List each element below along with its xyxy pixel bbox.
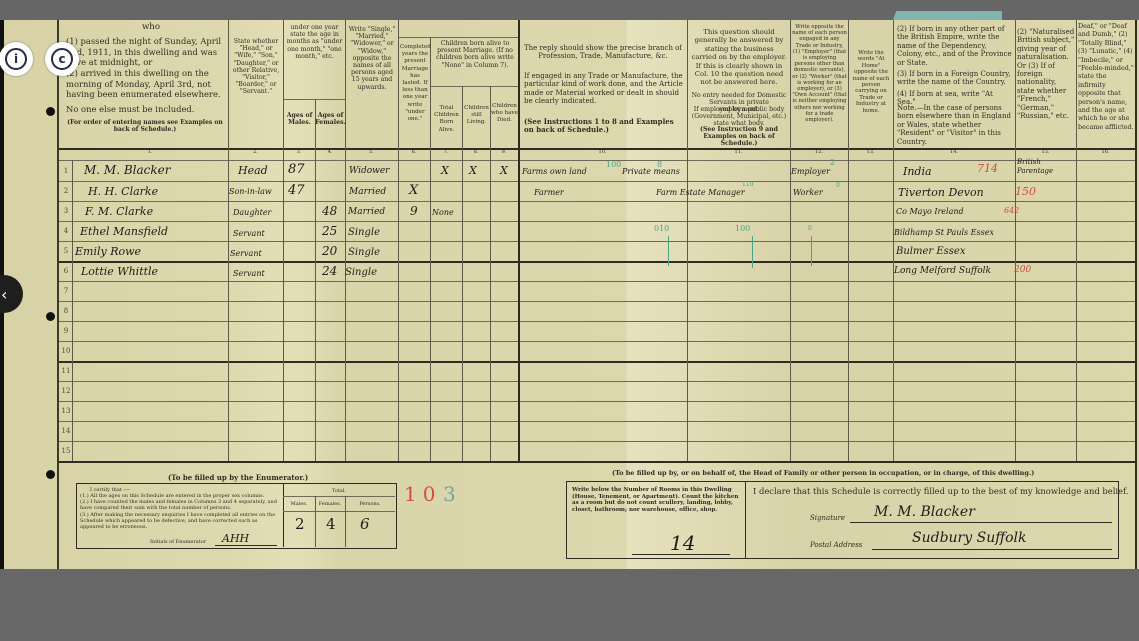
birthplace-code: 150 [1015,185,1036,198]
colnum-12: 12. [790,149,848,155]
age-male: 87 [288,162,305,177]
marital-status: Widower [349,166,389,176]
row-number: 4 [60,227,72,235]
copyright-button[interactable]: c [45,42,79,76]
schedule-number-green: 3 [443,482,456,506]
colnum-1: 1. [72,149,228,155]
initials-value: AHH [222,532,249,545]
age-female: 48 [322,204,337,218]
postal-address-label: Postal Address [810,542,862,549]
relation: Servant [233,269,265,278]
signature-line [850,522,1112,523]
total-label: Total. [283,488,395,495]
head-of-family-title: (To be filled up by, or on behalf of, th… [612,470,1034,477]
col11-header-c: If employed by a public body (Government… [691,106,787,128]
col14-header-b: (3) If born in a Foreign Country, write … [897,70,1013,87]
initials-label: Initials of Enumerator [150,539,206,546]
viewer-bottom-bar [0,569,1139,641]
row-number: 13 [60,407,72,415]
colnum-6: 6. [398,149,430,155]
colnum-11: 11. [687,149,790,155]
nationality: British Parentage [1017,158,1071,176]
colnum-13: 13. [848,149,893,155]
colnum-8: 8. [462,149,490,155]
col16-header: Deaf," or "Deaf and Dumb," (2) "Totally … [1078,22,1135,131]
age-female: 24 [322,264,337,278]
col9-header: Children who have Died. [491,103,518,125]
colnum-14: 14. [893,149,1015,155]
schedule-number-red: 10 [404,482,441,506]
person-name: Emily Rowe [75,245,141,258]
marital-status: Married [348,207,385,217]
age-female: 25 [322,224,337,238]
marital-status: Married [349,187,386,197]
colnum-7: 7. [430,149,462,155]
birthplace: Bildhamp St Pauls Essex [894,228,994,237]
col1-header-arrived: (2) arrived in this dwelling on the morn… [66,68,224,100]
females-label: Females. [315,501,345,508]
rooms-count: 14 [670,531,695,555]
colnum-15: 15. [1015,149,1076,155]
viewer-tab-accent[interactable] [893,11,1002,20]
industry: Private means [622,167,680,176]
colnum-2: 2. [228,149,283,155]
col34-header: under one year state the age in months a… [285,24,344,60]
rooms-instruction: Write below the Number of Rooms in this … [572,487,742,513]
relation: Daughter [233,208,271,217]
birthplace: India [903,165,932,178]
occupation: Farms own land [522,167,587,176]
col1-header-no-one-else: No one else must be included. [66,104,224,115]
birthplace-code: 200 [1014,265,1031,275]
col2-header: State whether "Head," or "Wife," "Son," … [230,38,282,96]
marital-status: Single [345,267,377,278]
col15-header: (2) "Naturalised British subject," givin… [1017,28,1075,120]
row-number: 5 [60,247,72,255]
col10-header-c: (See Instructions 1 to 8 and Examples on… [524,118,684,135]
punch-hole [46,107,55,116]
employment-status: Employer [791,167,830,176]
children-died: X [500,164,508,177]
col11-header-d: (See Instruction 9 and Examples on back … [691,126,787,148]
persons-total: 6 [360,515,370,533]
col1-header-who: who [78,22,224,33]
col7-header: Total Children Born Alive. [431,105,462,134]
colnum-bottom-rule [59,160,1137,161]
birthplace: Co Mayo Ireland [896,207,964,216]
row-number: 8 [60,307,72,315]
industry-code: 8 [657,160,662,169]
col8-header: Children still Living. [463,105,490,127]
col10-header-a: The reply should show the precise branch… [524,44,682,61]
age-male: 47 [288,183,305,198]
row-number: 15 [60,447,72,455]
table-bottom-rule [59,461,1137,463]
col11-header-a: This question should generally be answer… [691,28,787,87]
certify-2: (2.) I have counted the males and female… [80,499,277,511]
row-number: 6 [60,267,72,275]
colnum-3: 3. [283,149,315,155]
person-name: Ethel Mansfield [80,225,168,238]
col6-header: Completed years the present Marriage has… [400,44,430,123]
occupation-code: 010 [654,224,669,233]
relation: Head [238,164,268,177]
birthplace: Long Melford Suffolk [894,266,991,276]
punch-hole [46,312,55,321]
children-living: X [469,164,477,177]
occupation-code: 100 [606,160,621,169]
initials-underline [215,545,277,546]
col13-header: Write the words "At Home" opposite the n… [850,50,892,114]
relation: Servant [230,249,262,258]
marital-status: Single [348,227,380,238]
col3-header: Ages of Males. [284,112,315,126]
postal-address-line [872,549,1112,550]
marital-status: Single [348,247,380,258]
females-total: 4 [326,515,336,533]
green-tick-mark [668,236,669,266]
enumerator-title: (To be filled up by the Enumerator.) [168,474,308,481]
age-female: 20 [322,244,337,258]
info-icon: i [5,48,27,70]
certify-3: (3.) After making the necessary enquirie… [80,512,277,530]
person-name: H. H. Clarke [88,185,158,198]
industry-code: 110 [742,181,753,188]
signature-value: M. M. Blacker [874,504,975,520]
years-married: X [409,183,418,198]
birthplace: Tiverton Devon [898,186,984,199]
col1-header-order-note: (For order of entering names see Example… [64,119,226,133]
relation: Son-in-law [229,187,272,196]
employment-status: Worker [793,188,823,197]
postal-address-value: Sudbury Suffolk [912,530,1027,546]
colnum-16: 16. [1076,149,1135,155]
employment-code: 0 [836,182,840,189]
col10-header-b: If engaged in any Trade or Manufacture, … [524,72,684,106]
years-married: 9 [410,204,418,218]
children-born: X [441,164,449,177]
row-number: 2 [60,187,72,195]
employment-code: 0 [808,225,812,232]
col14-header-a: (2) If born in any other part of the Bri… [897,25,1013,67]
row-number: 1 [60,167,72,175]
children-born: None [432,208,454,217]
declaration-text: I declare that this Schedule is correctl… [753,486,1128,496]
row-number: 14 [60,427,72,435]
person-name: Lottie Whittle [81,265,158,278]
industry-code: 100 [735,224,750,233]
birthplace: Bulmer Essex [896,246,965,257]
colnum-5: 5. [345,149,398,155]
row-number: 11 [60,367,72,375]
person-name: M. M. Blacker [84,163,170,177]
signature-label: Signature [810,515,845,522]
birthplace-code: 642 [1004,206,1019,215]
info-button[interactable]: i [0,42,33,76]
colnum-4: 4. [315,149,345,155]
green-tick-mark [752,236,753,268]
margin-line [57,20,59,569]
col14-header-d: Note.—In the case of persons born elsewh… [897,104,1013,146]
row-number: 3 [60,207,72,215]
employment-code: 2 [830,158,835,167]
persons-label: Persons. [345,501,395,508]
row-number: 12 [60,387,72,395]
row-number: 7 [60,287,72,295]
col1-header-passed: (1) passed the night of Sunday, April 2n… [66,36,224,68]
males-total: 2 [295,515,305,533]
col12-header: Write opposite the name of each person e… [792,24,847,123]
row-number: 10 [60,347,72,355]
punch-hole [46,470,55,479]
rooms-underline [632,554,730,555]
row-number: 9 [60,327,72,335]
relation: Servant [233,229,265,238]
colnum-9: 9. [490,149,518,155]
chevron-left-icon: ‹ [1,285,7,304]
col5-header: Write "Single," "Married," "Widower," or… [347,26,397,91]
industry: Farm Estate Manager [656,188,745,197]
males-label: Males. [283,501,315,508]
green-tick-mark [811,236,812,266]
col789-header: Children born alive to present Marriage.… [432,40,518,69]
birthplace-code: 714 [977,162,998,175]
colnum-10: 10. [518,149,687,155]
occupation: Farmer [534,188,564,197]
col4-header: Ages of Females. [315,112,346,126]
copyright-icon: c [51,48,73,70]
person-name: F. M. Clarke [85,205,153,218]
